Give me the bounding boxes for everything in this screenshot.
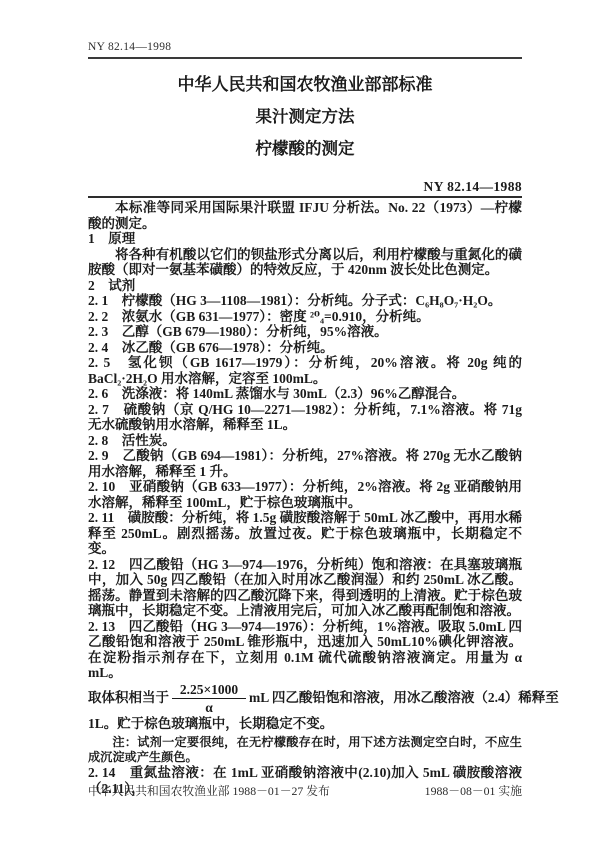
section-item: 2. 5 氢化钡（GB 1617—1979）：分析纯，20%溶液。将 20g 纯… bbox=[88, 355, 522, 386]
header-rule bbox=[88, 57, 522, 59]
section-item: 2. 10 亚硝酸钠（GB 633—1977）：分析纯，2%溶液。将 2g 亚硝… bbox=[88, 479, 522, 510]
section-item: 2. 6 洗涤液：将 140mL 蒸馏水与 30mL（2.3）96%乙醇混合。 bbox=[88, 386, 522, 402]
header-standard-code: NY 82.14—1998 bbox=[88, 41, 522, 54]
paragraph: 本标准等同采用国际果汁联盟 IFJU 分析法。No. 22（1973）—柠檬酸的… bbox=[88, 200, 522, 231]
paragraph: 将各种有机酸以它们的钡盐形式分离以后，利用柠檬酸与重氮化的磺胺酸（即对一氨基苯磺… bbox=[88, 247, 522, 278]
section-heading: 1 原理 bbox=[88, 231, 522, 247]
formula-pre-text: 取体积相当于 bbox=[88, 690, 169, 706]
note-paragraph: 注：试剂一定要很纯，在无柠檬酸存在时，用下述方法测定空白时，不应生成沉淀或产生颜… bbox=[88, 735, 522, 765]
footer-effective: 1988－08－01 实施 bbox=[425, 784, 522, 798]
standard-number: NY 82.14—1988 bbox=[88, 179, 522, 194]
document-title-method: 果汁测定方法 bbox=[88, 107, 522, 126]
fraction: 2.25×1000α bbox=[172, 682, 246, 715]
document-title-main: 中华人民共和国农牧渔业部部标准 bbox=[88, 74, 522, 96]
section-item: 2. 11 磺胺酸：分析纯，将 1.5g 磺胺酸溶解于 50mL 冰乙酸中，再用… bbox=[88, 510, 522, 557]
standard-number-rule bbox=[88, 196, 522, 198]
footer-issued: 中华人民共和国农牧渔业部 1988－01－27 发布 bbox=[88, 784, 330, 798]
document-body: 本标准等同采用国际果汁联盟 IFJU 分析法。No. 22（1973）—柠檬酸的… bbox=[88, 200, 522, 796]
section-item: 2. 13 四乙酸铅（HG 3—974—1976）：分析纯，1%溶液。吸取 5.… bbox=[88, 619, 522, 681]
section-item: 2. 3 乙醇（GB 679—1980）：分析纯，95%溶液。 bbox=[88, 324, 522, 340]
section-item: 1L。贮于棕色玻璃瓶中，长期稳定不变。 bbox=[88, 716, 522, 732]
section-heading: 2 试剂 bbox=[88, 278, 522, 294]
page-footer: 中华人民共和国农牧渔业部 1988－01－27 发布 1988－08－01 实施 bbox=[88, 784, 522, 798]
section-item: 2. 7 硫酸钠（京 Q/HG 10—2271—1982）：分析纯，7.1%溶液… bbox=[88, 402, 522, 433]
section-item: 2. 12 四乙酸铅（HG 3—974—1976，分析纯）饱和溶液：在具塞玻璃瓶… bbox=[88, 557, 522, 619]
section-item: 2. 4 冰乙酸（GB 676—1978）：分析纯。 bbox=[88, 340, 522, 356]
section-item: 2. 2 浓氨水（GB 631—1977）：密度 ²⁰₄=0.910，分析纯。 bbox=[88, 309, 522, 325]
formula-post-text: mL 四乙酸铅饱和溶液，用冰乙酸溶液（2.4）稀释至 bbox=[249, 690, 559, 706]
page-content: NY 82.14—1998 中华人民共和国农牧渔业部部标准 果汁测定方法 柠檬酸… bbox=[88, 0, 522, 796]
standard-document-page: NY 82.14—1998 中华人民共和国农牧渔业部部标准 果汁测定方法 柠檬酸… bbox=[0, 0, 600, 849]
section-item: 2. 9 乙酸钠（GB 694—1981）：分析纯，27%溶液。将 270g 无… bbox=[88, 448, 522, 479]
section-item: 2. 8 活性炭。 bbox=[88, 433, 522, 449]
fraction-denominator: α bbox=[205, 699, 213, 715]
section-item: 2. 1 柠檬酸（HG 3—1108—1981）：分析纯。分子式：C₆H₈O₇·… bbox=[88, 293, 522, 309]
document-title-subject: 柠檬酸的测定 bbox=[88, 139, 522, 158]
fraction-numerator: 2.25×1000 bbox=[176, 682, 242, 698]
formula-line: 取体积相当于2.25×1000αmL 四乙酸铅饱和溶液，用冰乙酸溶液（2.4）稀… bbox=[88, 682, 522, 715]
